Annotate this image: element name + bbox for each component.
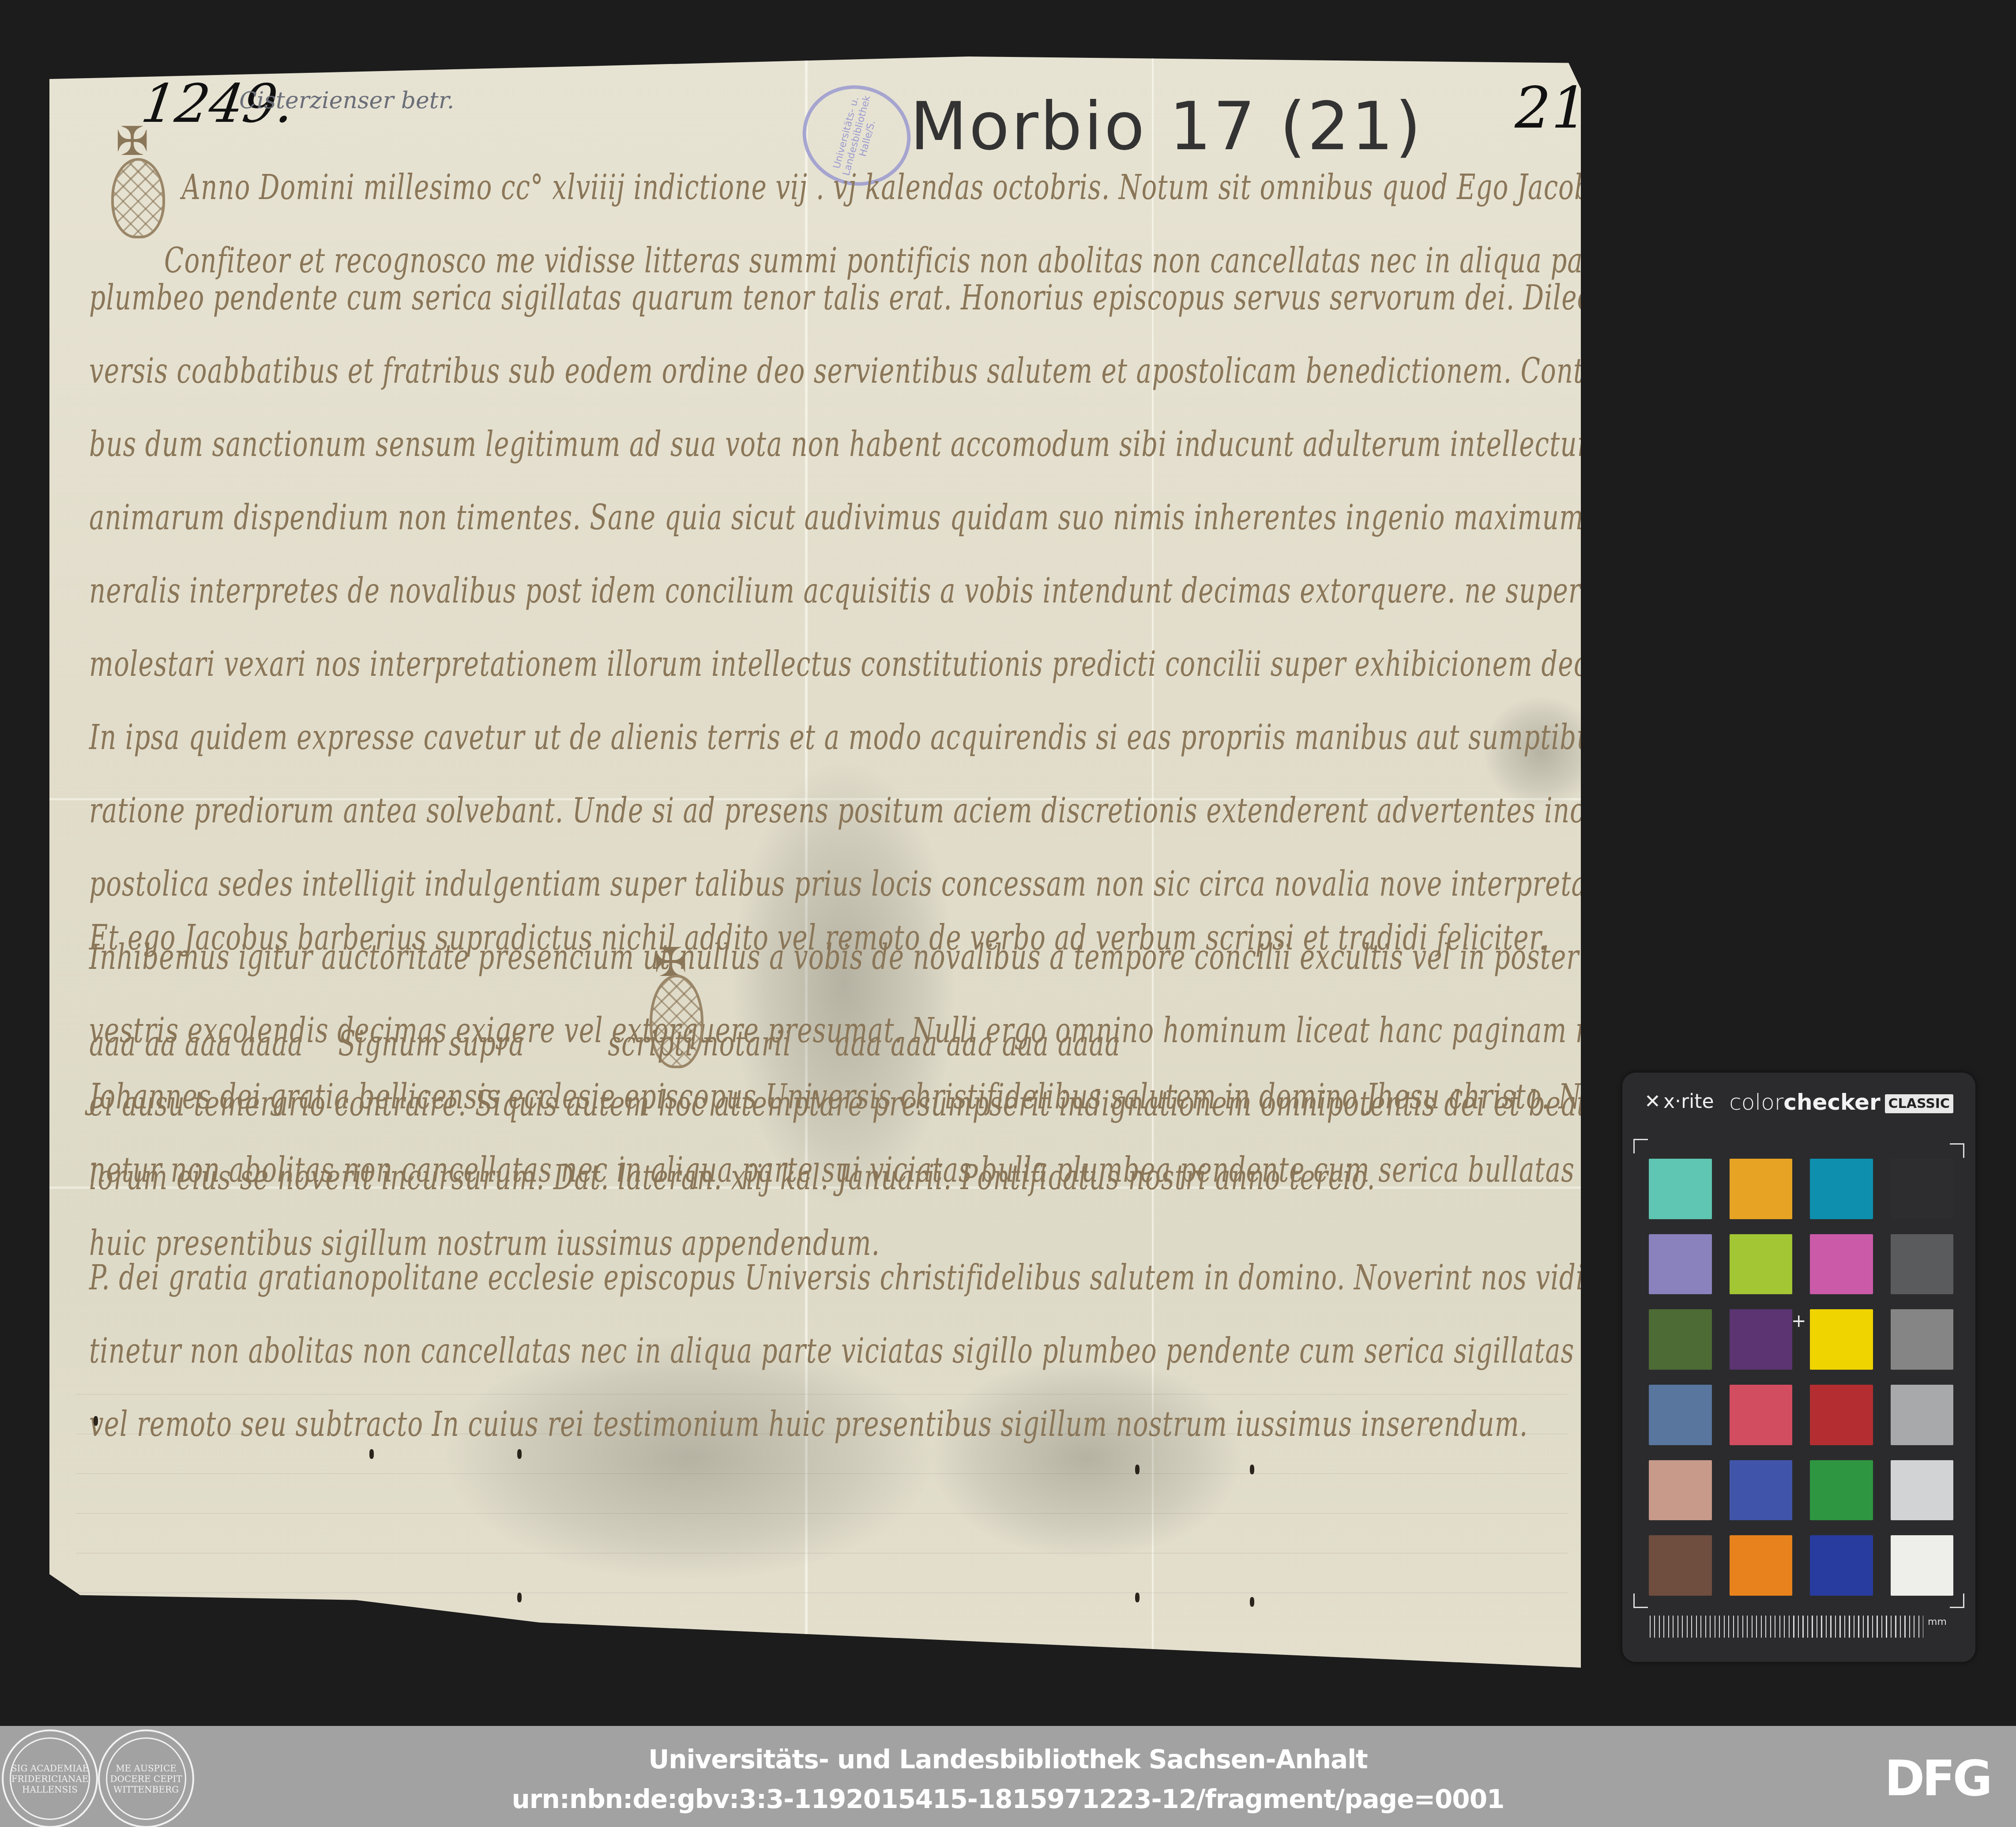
color-patch (1730, 1309, 1793, 1370)
color-patch (1891, 1234, 1954, 1295)
color-patch (1891, 1159, 1954, 1219)
signum-caption: scripti notarii (608, 1023, 791, 1064)
brand-light: color (1729, 1089, 1783, 1115)
crop-corner-icon (1633, 1593, 1648, 1608)
institution-name: Universitäts- und Landesbibliothek Sachs… (0, 1744, 2016, 1774)
color-patch (1649, 1460, 1712, 1521)
shelfmark-annotation: Morbio 17 (21) (910, 88, 1423, 165)
color-patch (1891, 1460, 1954, 1521)
color-patch (1810, 1535, 1873, 1596)
ruling-line (76, 1593, 1568, 1593)
library-footer: SIG ACADEMIAE FRIDERICIANAE HALLENSIS ME… (0, 1726, 2016, 1827)
color-patch (1730, 1460, 1793, 1521)
seal-hole (1250, 1597, 1254, 1607)
color-patch (1891, 1535, 1954, 1596)
color-patch (1891, 1309, 1954, 1370)
notarial-signum-icon (111, 158, 165, 238)
pencil-annotation: Cisterzienser betr. (239, 87, 454, 114)
color-patch (1649, 1159, 1712, 1219)
color-patch (1649, 1309, 1712, 1370)
color-patch-grid (1649, 1159, 1953, 1596)
seal-hole (1135, 1593, 1140, 1602)
classic-badge: CLASSIC (1885, 1094, 1953, 1113)
seal-hole (1250, 1465, 1254, 1474)
seal-hole (369, 1449, 374, 1459)
color-checker-card: ✕x·rite colorcheckerCLASSIC + mm (1622, 1073, 1975, 1662)
color-patch (1810, 1385, 1873, 1445)
seal-hole (517, 1593, 522, 1602)
color-patch (1730, 1535, 1793, 1596)
filler-strokes: aaa aa aaa aaaa (89, 1023, 303, 1064)
ruling-line (76, 1553, 1568, 1553)
xrite-logo-icon: ✕ (1644, 1090, 1661, 1113)
ruling-line (76, 1394, 1568, 1394)
xrite-label: x·rite (1663, 1090, 1714, 1113)
seal-hole (1135, 1465, 1140, 1474)
seal-hole (517, 1449, 522, 1459)
ruling-line (76, 1434, 1568, 1434)
filler-strokes: aaa aaa aaa aaa aaaa (835, 1023, 1121, 1064)
colorchecker-brand: colorcheckerCLASSIC (1729, 1089, 1953, 1115)
parchment-charter: 1249. Cisterzienser betr. Universitäts- … (49, 57, 1581, 1668)
crop-corner-icon (1633, 1139, 1648, 1153)
mm-ruler (1650, 1616, 1923, 1638)
paragraph-notary-subscription: Et ego Jacobus barberius supradictus nic… (89, 917, 1547, 991)
ruling-line (76, 1473, 1568, 1474)
color-patch (1810, 1460, 1873, 1521)
cross-icon: ✠ (116, 118, 149, 165)
urn-identifier: urn:nbn:de:gbv:3:3-1192015415-1815971223… (0, 1784, 2016, 1814)
manuscript-line: Et ego Jacobus barberius supradictus nic… (89, 917, 1547, 991)
color-patch (1810, 1309, 1873, 1370)
seal-hole (94, 1416, 98, 1426)
crop-corner-icon (1950, 1143, 1964, 1158)
color-patch (1730, 1159, 1793, 1219)
dfg-logo: DFG (1884, 1750, 1990, 1807)
color-patch (1649, 1234, 1712, 1295)
ruling-line (76, 1513, 1568, 1514)
color-patch (1649, 1535, 1712, 1596)
ruler-unit-label: mm (1928, 1616, 1947, 1627)
color-patch (1891, 1385, 1954, 1445)
xrite-logo: ✕x·rite (1644, 1090, 1714, 1113)
signum-caption: Signum supra (338, 1023, 524, 1064)
color-patch (1810, 1234, 1873, 1295)
color-patch (1730, 1385, 1793, 1445)
brand-bold: checker (1783, 1089, 1880, 1115)
signum-line: aaa aa aaa aaaa Signum supra scripti not… (89, 1023, 1121, 1064)
crosshair-icon: + (1791, 1311, 1806, 1331)
color-patch (1649, 1385, 1712, 1445)
color-patch (1810, 1159, 1873, 1219)
color-patch (1730, 1234, 1793, 1295)
